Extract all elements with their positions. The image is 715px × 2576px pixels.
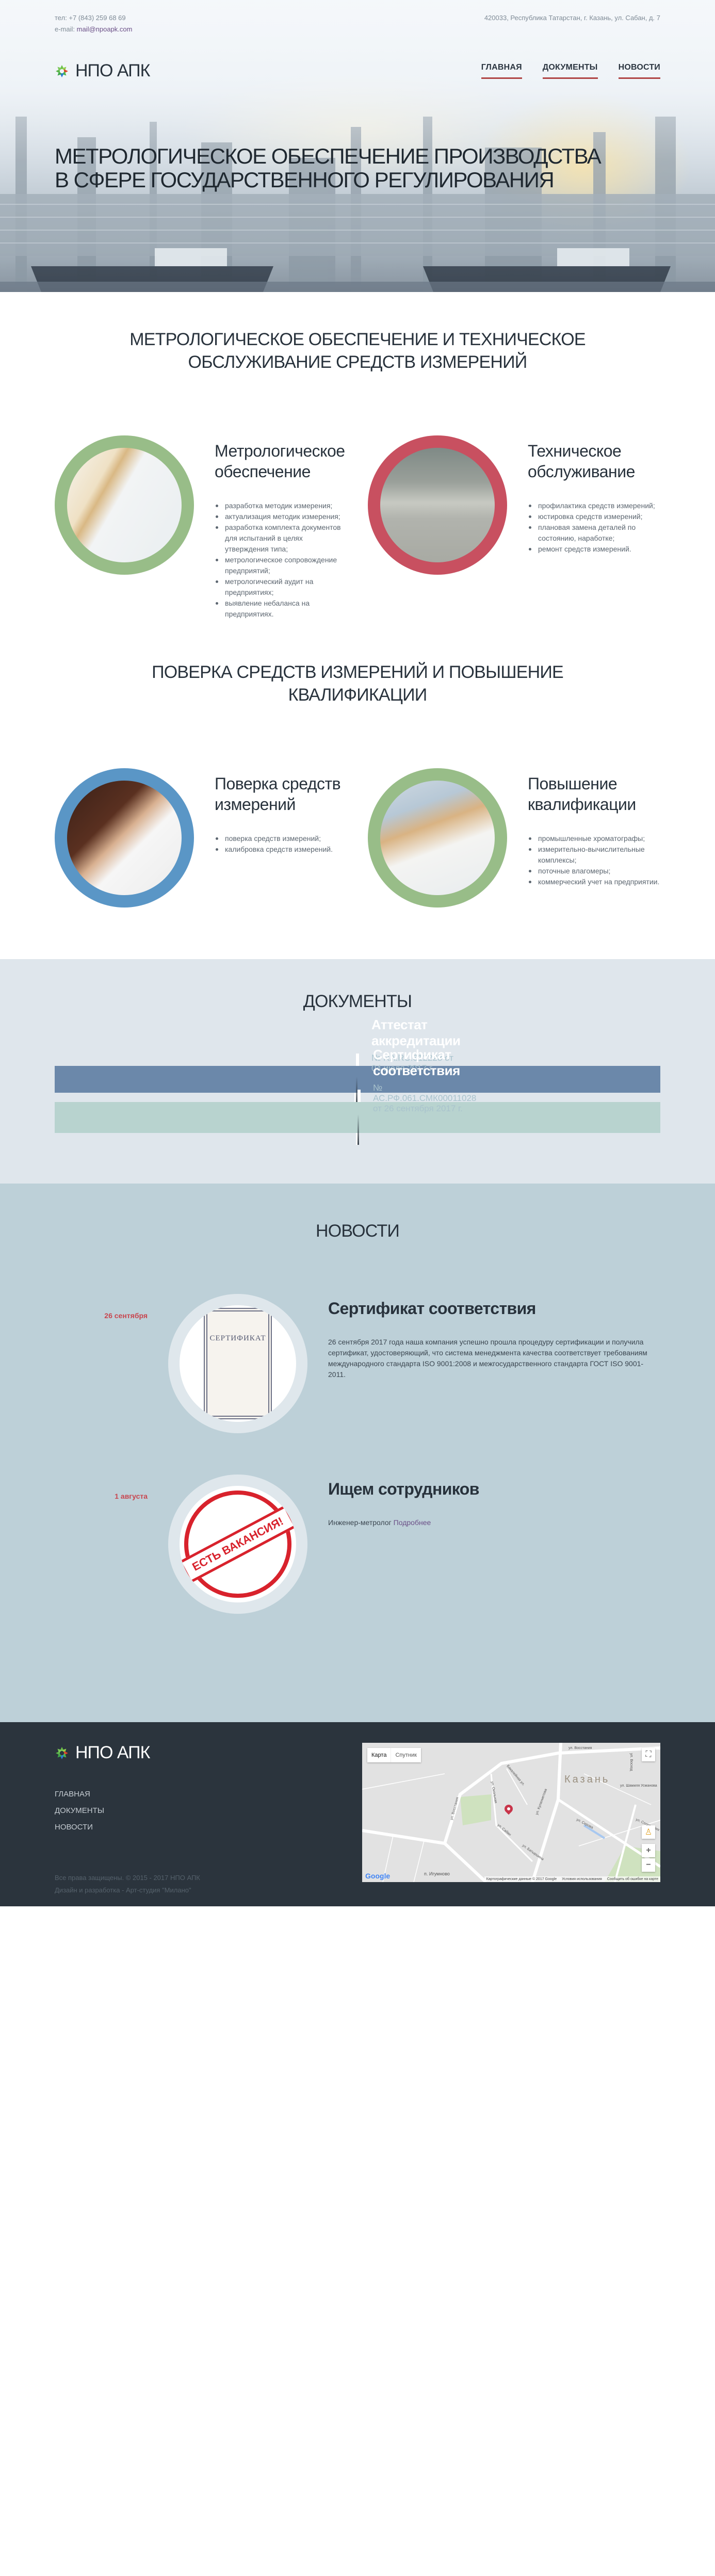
- map-terms-link[interactable]: Условия использования: [562, 1877, 602, 1881]
- service-title: Поверка средствизмерений: [215, 773, 347, 815]
- service-card-training: Повышениеквалификации промышленные хрома…: [368, 768, 660, 908]
- service-bullets: промышленные хроматографы; измерительно-…: [528, 833, 660, 887]
- service-title: Техническоеобслуживание: [528, 441, 660, 482]
- news-title[interactable]: Ищем сотрудников: [328, 1480, 660, 1499]
- map-tiles: ул. Восстания ул. Восстания ул. Окольная…: [362, 1743, 660, 1882]
- contacts: тел: +7 (843) 259 68 69 e-mail: mail@npo…: [55, 12, 132, 35]
- service-image-ring: [368, 768, 507, 908]
- location-map[interactable]: ул. Восстания ул. Восстания ул. Окольная…: [362, 1743, 660, 1882]
- logo-text: НПО АПК: [75, 61, 150, 81]
- office-worker-photo: [67, 448, 182, 562]
- footer-copyright: Все права защищены. © 2015 - 2017 НПО АП…: [55, 1872, 200, 1897]
- bullet: калибровка средств измерений.: [215, 844, 347, 855]
- section-title: ДОКУМЕНТЫ: [100, 990, 615, 1013]
- bullet: ремонт средств измерений.: [528, 544, 660, 555]
- news-image[interactable]: ЕСТЬ ВАКАНСИЯ!: [168, 1475, 307, 1614]
- map-type-tabs: Карта Спутник: [367, 1748, 421, 1762]
- nav-news[interactable]: НОВОСТИ: [619, 63, 660, 79]
- bullet: метрологическое сопровождение предприяти…: [215, 555, 347, 576]
- service-card-metrology: Метрологическоеобеспечение разработка ме…: [55, 435, 347, 620]
- footer-nav-news[interactable]: НОВОСТИ: [55, 1819, 200, 1836]
- services-section-metrology: МЕТРОЛОГИЧЕСКОЕ ОБЕСПЕЧЕНИЕ И ТЕХНИЧЕСКО…: [0, 292, 715, 640]
- bullet: актуализация методик измерения;: [215, 511, 347, 522]
- map-tab-map[interactable]: Карта: [367, 1748, 391, 1762]
- service-bullets: разработка методик измерения; актуализац…: [215, 500, 347, 620]
- map-attribution: Картографические данные © 2017 Google Ус…: [484, 1876, 660, 1882]
- document-card-certificate[interactable]: ЭлМаш Орган по сертификации СИСТЕМА ДОБР…: [55, 1090, 660, 1145]
- service-image-ring: [368, 435, 507, 575]
- svg-text:ул. Восстания: ул. Восстания: [568, 1746, 592, 1750]
- svg-text:ул. Шамиля Усманова: ул. Шамиля Усманова: [620, 1784, 657, 1788]
- accreditation-scan: РОСАККРЕДИТАЦИЯ ФЕДЕРАЛЬНАЯ СЛУЖБА ПО АК…: [55, 1066, 660, 1093]
- footer: НПО АПК ГЛАВНАЯ ДОКУМЕНТЫ НОВОСТИ Все пр…: [0, 1722, 715, 1906]
- service-title: Метрологическоеобеспечение: [215, 441, 347, 482]
- logo-text: НПО АПК: [75, 1743, 150, 1763]
- footer-logo[interactable]: НПО АПК: [55, 1743, 200, 1763]
- pegman-icon[interactable]: ♙: [642, 1825, 655, 1839]
- email-link[interactable]: mail@npoapk.com: [77, 25, 133, 33]
- navbar: НПО АПК ГЛАВНАЯ ДОКУМЕНТЫ НОВОСТИ: [55, 61, 660, 81]
- bullet: измерительно-вычислительные комплексы;: [528, 844, 660, 866]
- lab-equipment-photo: [380, 448, 495, 562]
- nav-documents[interactable]: ДОКУМЕНТЫ: [543, 63, 598, 79]
- logo[interactable]: НПО АПК: [55, 61, 150, 81]
- bullet: плановая замена деталей по состоянию, на…: [528, 522, 660, 544]
- footer-nav-documents[interactable]: ДОКУМЕНТЫ: [55, 1803, 200, 1819]
- bullet: разработка методик измерения;: [215, 500, 347, 511]
- address: 420033, Республика Татарстан, г. Казань,…: [484, 12, 660, 35]
- main-nav: ГЛАВНАЯ ДОКУМЕНТЫ НОВОСТИ: [481, 63, 660, 79]
- service-card-verification: Поверка средствизмерений поверка средств…: [55, 768, 347, 908]
- certificate-thumbnail: СЕРТИФИКАТ: [204, 1308, 271, 1420]
- news-image[interactable]: СЕРТИФИКАТ: [168, 1294, 307, 1433]
- svg-text:ул. Восход: ул. Восход: [629, 1753, 633, 1771]
- bullet: поточные влагомеры;: [528, 866, 660, 877]
- services-section-verification: ПОВЕРКА СРЕДСТВ ИЗМЕРЕНИЙ И ПОВЫШЕНИЕ КВ…: [0, 640, 715, 959]
- section-title: НОВОСТИ: [100, 1220, 615, 1242]
- hero-section: тел: +7 (843) 259 68 69 e-mail: mail@npo…: [0, 0, 715, 292]
- svg-text:п. Игумново: п. Игумново: [424, 1871, 450, 1876]
- news-title[interactable]: Сертификат соответствия: [328, 1299, 660, 1318]
- service-card-maintenance: Техническоеобслуживание профилактика сре…: [368, 435, 660, 620]
- map-report-link[interactable]: Сообщить об ошибке на карте: [607, 1877, 658, 1881]
- logo-icon: [55, 1746, 69, 1760]
- news-item: 26 сентября СЕРТИФИКАТ Сертификат соотве…: [55, 1299, 660, 1433]
- news-text: 26 сентября 2017 года наша компания успе…: [328, 1337, 660, 1380]
- read-more-link[interactable]: Подробнее: [394, 1518, 431, 1527]
- google-logo: Google: [365, 1872, 390, 1880]
- news-date: 26 сентября: [55, 1299, 148, 1433]
- service-image-ring: [55, 435, 194, 575]
- bullet: юстировка средств измерений;: [528, 511, 660, 522]
- section-title: МЕТРОЛОГИЧЕСКОЕ ОБЕСПЕЧЕНИЕ И ТЕХНИЧЕСКО…: [100, 328, 615, 374]
- service-title: Повышениеквалификации: [528, 773, 660, 815]
- email-row: e-mail: mail@npoapk.com: [55, 24, 132, 35]
- service-bullets: профилактика средств измерений; юстировк…: [528, 500, 660, 555]
- footer-nav: ГЛАВНАЯ ДОКУМЕНТЫ НОВОСТИ: [55, 1786, 200, 1836]
- documents-section: ДОКУМЕНТЫ РОСАККРЕДИТАЦИЯ ФЕДЕРАЛЬНАЯ СЛ…: [0, 959, 715, 1184]
- zoom-in-button[interactable]: +: [642, 1844, 655, 1857]
- news-text: Инженер-метролог Подробнее: [328, 1517, 660, 1528]
- document-caption: Сертификат соответствия № АС.РФ.061.СМК0…: [373, 1090, 476, 1114]
- trainee-photo: [380, 781, 495, 895]
- phone: тел: +7 (843) 259 68 69: [55, 12, 132, 24]
- fullscreen-icon[interactable]: ⛶: [642, 1748, 655, 1761]
- document-number: № АС.РФ.061.СМК00011028 от 26 сентября 2…: [373, 1090, 476, 1114]
- stamp-photo: [67, 781, 182, 895]
- bullet: промышленные хроматографы;: [528, 833, 660, 844]
- zoom-out-button[interactable]: −: [642, 1858, 655, 1872]
- news-item: 1 августа ЕСТЬ ВАКАНСИЯ! Ищем сотруднико…: [55, 1480, 660, 1614]
- footer-nav-home[interactable]: ГЛАВНАЯ: [55, 1786, 200, 1803]
- hero-title: МЕТРОЛОГИЧЕСКОЕ ОБЕСПЕЧЕНИЕ ПРОИЗВОДСТВА…: [55, 144, 600, 192]
- top-contact-bar: тел: +7 (843) 259 68 69 e-mail: mail@npo…: [55, 12, 660, 35]
- vacancy-stamp-image: ЕСТЬ ВАКАНСИЯ!: [184, 1490, 291, 1598]
- section-title: ПОВЕРКА СРЕДСТВ ИЗМЕРЕНИЙ И ПОВЫШЕНИЕ КВ…: [100, 661, 615, 706]
- bullet: выявление небаланса на предприятиях.: [215, 598, 347, 620]
- bullet: разработка комплекта документов для испы…: [215, 522, 347, 555]
- news-section: НОВОСТИ 26 сентября СЕРТИФИКАТ Сертифика…: [0, 1184, 715, 1722]
- bullet: метрологический аудит на предприятиях;: [215, 576, 347, 598]
- service-image-ring: [55, 768, 194, 908]
- map-tab-satellite[interactable]: Спутник: [391, 1748, 420, 1762]
- map-city-label: Казань: [564, 1774, 610, 1786]
- bullet: коммерческий учет на предприятии.: [528, 877, 660, 887]
- bullet: профилактика средств измерений;: [528, 500, 660, 511]
- service-bullets: поверка средств измерений; калибровка ср…: [215, 833, 347, 855]
- logo-icon: [55, 64, 69, 78]
- news-date: 1 августа: [55, 1480, 148, 1614]
- bullet: поверка средств измерений;: [215, 833, 347, 844]
- nav-home[interactable]: ГЛАВНАЯ: [481, 63, 522, 79]
- footer-credits: Дизайн и разработка - Арт-студия "Милано…: [55, 1884, 200, 1897]
